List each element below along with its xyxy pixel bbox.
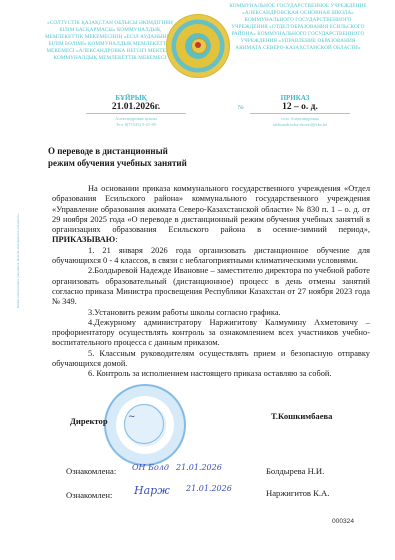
- ack-handwritten-2: Нарж: [134, 484, 170, 497]
- order-item-5: 5. Классным руководителям осуществлять п…: [52, 349, 370, 370]
- order-item-2: 2.Болдыревой Надежде Ивановне – заместит…: [52, 266, 370, 307]
- preamble: На основании приказа коммунального госуд…: [52, 184, 370, 246]
- ack-name-1: Болдырева Н.И.: [266, 466, 324, 476]
- letterhead-left: «СОЛТҮСТІК ҚАЗАҚСТАН ОБЛЫСЫ ӘКІМДІГІНІҢ …: [40, 20, 180, 62]
- order-number-sign: №: [238, 105, 244, 111]
- order-kind-kz: БҰЙРЫҚ: [86, 94, 176, 102]
- director-name: Т.Кошкимбаева: [271, 411, 332, 421]
- document-serial-number: 000324: [332, 518, 354, 525]
- order-item-3: 3.Установить режим работы школы согласно…: [52, 308, 370, 318]
- ack-label-1: Ознакомлена:: [66, 466, 116, 476]
- director-title: Директор: [70, 416, 108, 426]
- subject-line-2: режим обучения учебных занятий: [48, 157, 187, 169]
- ack-date-2: 21.01.2026: [186, 484, 232, 493]
- order-word: ПРИКАЗЫВАЮ: [52, 235, 115, 244]
- side-verification-stamp: Копия электронного документа. Версия эле…: [16, 198, 30, 308]
- document-body: На основании приказа коммунального госуд…: [52, 184, 370, 380]
- address-kz: Александровка ауылы Тел. 8(71543) 5-21-9…: [86, 116, 186, 127]
- ack-handwritten-1: ОН Болд: [132, 463, 169, 472]
- ack-name-2: Наржигитов К.А.: [266, 488, 329, 498]
- preamble-text: На основании приказа коммунального госуд…: [52, 184, 370, 234]
- order-kind-ru: ПРИКАЗ: [250, 94, 340, 102]
- address-kz-line2: Тел. 8(71543) 5-21-95: [86, 122, 186, 128]
- document-subject: О переводе в дистанционный режим обучени…: [48, 145, 187, 169]
- side-stamp-text: Копия электронного документа. Версия эле…: [16, 198, 21, 308]
- address-ru: село Александровка aleksandrovka-skoesil…: [250, 116, 350, 127]
- letterhead-right: КОММУНАЛЬНОЕ ГОСУДАРСТВЕННОЕ УЧРЕЖДЕНИЕ …: [228, 3, 368, 52]
- order-item-1: 1. 21 января 2026 года организовать дист…: [52, 246, 370, 267]
- order-colon: :: [115, 235, 117, 244]
- official-seal-icon: [104, 384, 186, 466]
- order-number: 12 – о. д.: [250, 102, 350, 114]
- seal-inner-ring: [124, 404, 164, 444]
- subject-line-1: О переводе в дистанционный: [48, 145, 187, 157]
- order-item-6: 6. Контроль за исполнением настоящего пр…: [52, 369, 370, 379]
- state-emblem-icon: [166, 14, 230, 78]
- order-date: 21.01.2026г.: [86, 102, 186, 114]
- order-item-4: 4.Дежурному администратору Наржигитову К…: [52, 318, 370, 349]
- ack-label-2: Ознакомлен:: [66, 490, 112, 500]
- address-ru-line2: aleksandrovka-skoesil@sko.kz: [250, 122, 350, 128]
- emblem-star-icon: [195, 42, 201, 48]
- ack-date-1: 21.01.2026: [176, 463, 222, 472]
- director-signature: ~: [128, 412, 136, 422]
